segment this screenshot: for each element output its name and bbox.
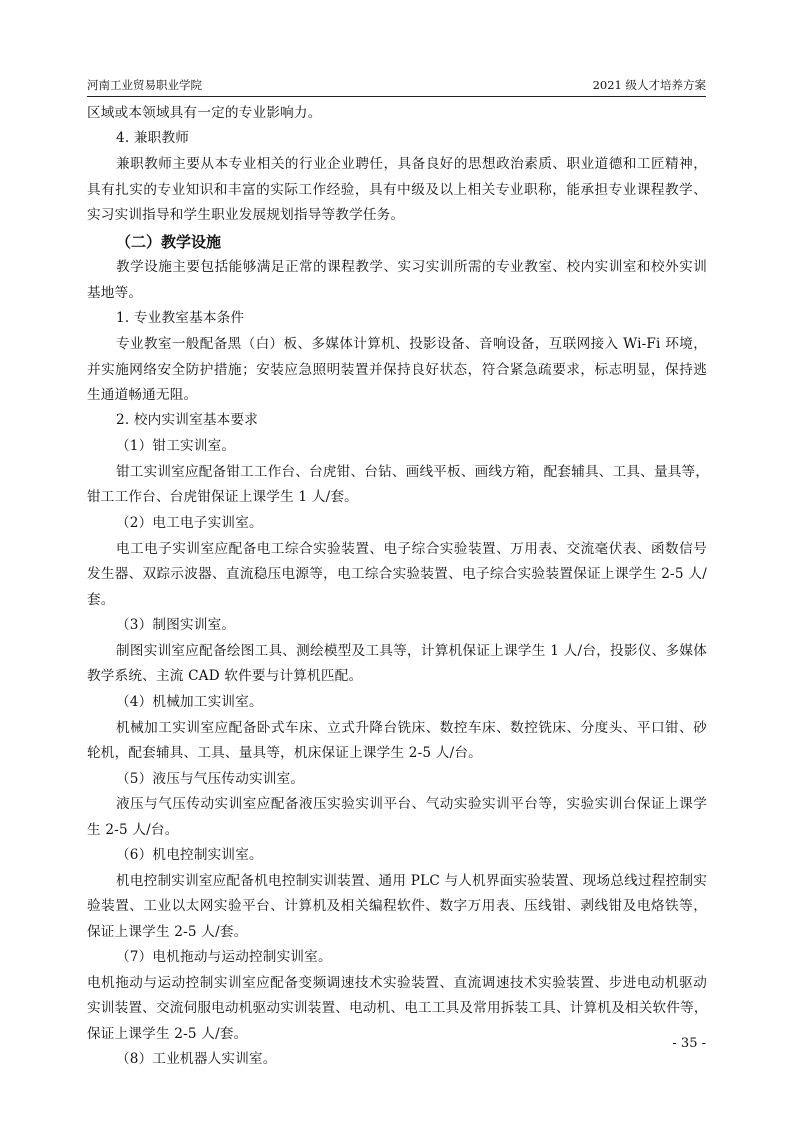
text-line: 保证上课学生 2-5 人/套。 xyxy=(87,1025,707,1043)
text-line: （3）制图实训室。 xyxy=(116,616,707,634)
text-line: 实习实训指导和学生职业发展规划指导等教学任务。 xyxy=(87,206,707,224)
text-line: 机械加工实训室应配备卧式车床、立式升降台铣床、数控车床、数控铣床、分度头、平口钳… xyxy=(116,719,707,737)
text-line: （8）工业机器人实训室。 xyxy=(116,1050,707,1068)
text-line: （2）电工电子实训室。 xyxy=(116,514,707,532)
text-line: 制图实训室应配备绘图工具、测绘模型及工具等，计算机保证上课学生 1 人/台，投影… xyxy=(116,642,707,660)
text-line: 验装置、工业以太网实验平台、计算机及相关编程软件、数字万用表、压线钳、剥线钳及电… xyxy=(87,897,707,915)
section-heading: （二）教学设施 xyxy=(116,231,221,252)
text-line: 钳工实训室应配备钳工工作台、台虎钳、台钻、画线平板、画线方箱，配套辅具、工具、量… xyxy=(116,463,707,481)
page-number: - 35 - xyxy=(672,1036,706,1051)
text-line: 钳工工作台、台虎钳保证上课学生 1 人/套。 xyxy=(87,488,707,506)
text-line: 机电控制实训室应配备机电控制实训装置、通用 PLC 与人机界面实验装置、现场总线… xyxy=(116,872,707,890)
text-line: （1）钳工实训室。 xyxy=(116,437,707,455)
text-line: 套。 xyxy=(87,591,707,609)
text-line: 轮机，配套辅具、工具、量具等，机床保证上课学生 2-5 人/台。 xyxy=(87,744,707,762)
text-line: 区域或本领域具有一定的专业影响力。 xyxy=(87,104,707,122)
text-line: （4）机械加工实训室。 xyxy=(116,693,707,711)
text-line: 兼职教师主要从本专业相关的行业企业聘任，具备良好的思想政治素质、职业道德和工匠精… xyxy=(116,155,707,173)
text-line: 发生器、双踪示波器、直流稳压电源等，电工综合实验装置、电子综合实验装置保证上课学… xyxy=(87,565,707,583)
header-document-title: 2021 级人才培养方案 xyxy=(593,77,706,93)
text-line: 生 2-5 人/台。 xyxy=(87,821,707,839)
text-line: 教学设施主要包括能够满足正常的课程教学、实习实训所需的专业教室、校内实训室和校外… xyxy=(116,258,707,276)
text-line: 生通道畅通无阻。 xyxy=(87,386,707,404)
text-line: 2. 校内实训室基本要求 xyxy=(116,411,707,429)
text-line: 保证上课学生 2-5 人/套。 xyxy=(87,923,707,941)
text-line: 电机拖动与运动控制实训室应配备变频调速技术实验装置、直流调速技术实验装置、步进电… xyxy=(87,974,707,992)
text-line: 并实施网络安全防护措施；安装应急照明装置并保持良好状态，符合紧急疏要求，标志明显… xyxy=(87,361,707,379)
text-line: （7）电机拖动与运动控制实训室。 xyxy=(116,948,707,966)
text-line: 基地等。 xyxy=(87,284,707,302)
text-line: 液压与气压传动实训室应配备液压实验实训平台、气动实验实训平台等，实验实训台保证上… xyxy=(116,795,707,813)
page-header: 河南工业贸易职业学院 2021 级人才培养方案 xyxy=(87,74,706,97)
text-line: 1. 专业教室基本条件 xyxy=(116,309,707,327)
text-line: （5）液压与气压传动实训室。 xyxy=(116,770,707,788)
text-line: 实训装置、交流伺服电动机驱动实训装置、电动机、电工工具及常用拆装工具、计算机及相… xyxy=(87,999,707,1017)
text-line: 教学系统、主流 CAD 软件要与计算机匹配。 xyxy=(87,667,707,685)
text-line: 具有扎实的专业知识和丰富的实际工作经验，具有中级及以上相关专业职称，能承担专业课… xyxy=(87,181,707,199)
text-line: 专业教室一般配备黑（白）板、多媒体计算机、投影设备、音响设备，互联网接入 Wi-… xyxy=(116,335,707,353)
text-line: （6）机电控制实训室。 xyxy=(116,846,707,864)
text-line: 电工电子实训室应配备电工综合实验装置、电子综合实验装置、万用表、交流毫伏表、函数… xyxy=(116,540,707,558)
header-institution: 河南工业贸易职业学院 xyxy=(87,77,202,93)
text-line: 4. 兼职教师 xyxy=(116,129,707,147)
